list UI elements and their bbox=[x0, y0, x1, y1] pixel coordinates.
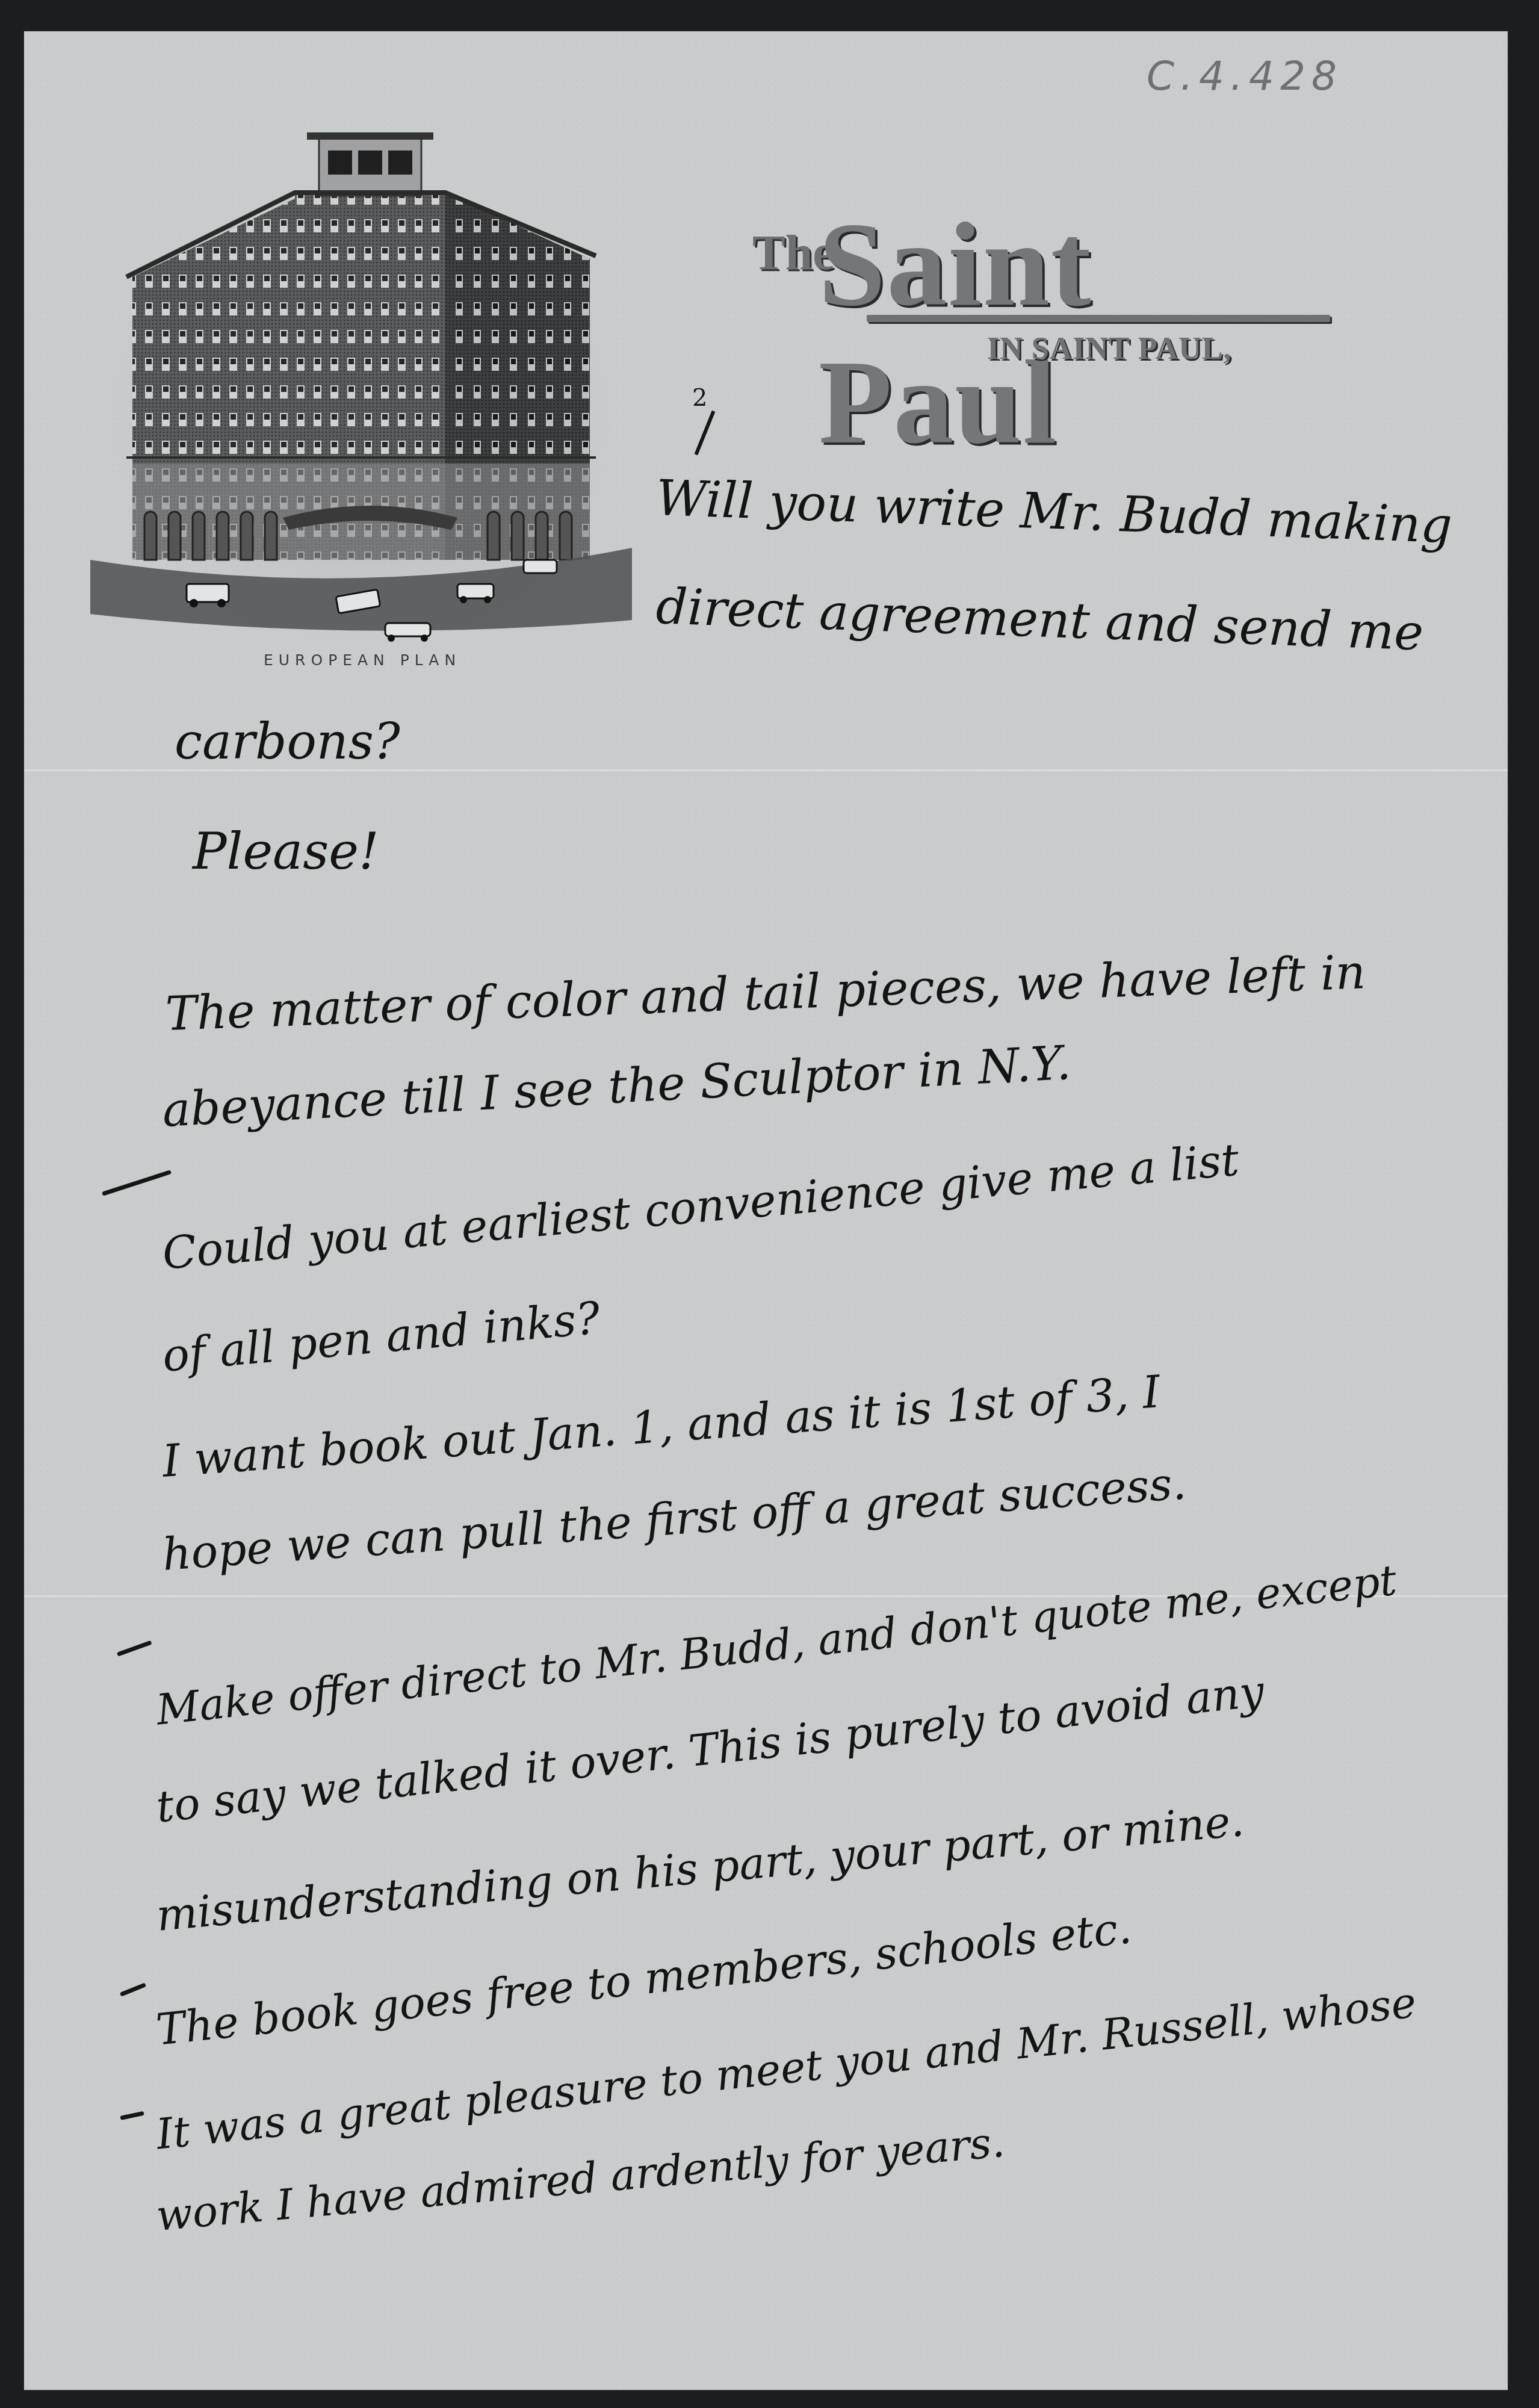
catalog-number: C.4.428 bbox=[1147, 53, 1343, 99]
letterhead: The Saint Paul IN SAINT PAUL, bbox=[746, 208, 1360, 370]
handwritten-line: carbons? bbox=[175, 713, 400, 771]
handwritten-line: Please! bbox=[193, 822, 379, 881]
hotel-location: IN SAINT PAUL, bbox=[987, 331, 1232, 367]
page-number: 2 bbox=[692, 384, 707, 412]
hotel-building-engraving-icon bbox=[90, 102, 632, 644]
letterhead-rule bbox=[867, 315, 1330, 322]
illustration-caption: EUROPEAN PLAN bbox=[264, 651, 461, 669]
